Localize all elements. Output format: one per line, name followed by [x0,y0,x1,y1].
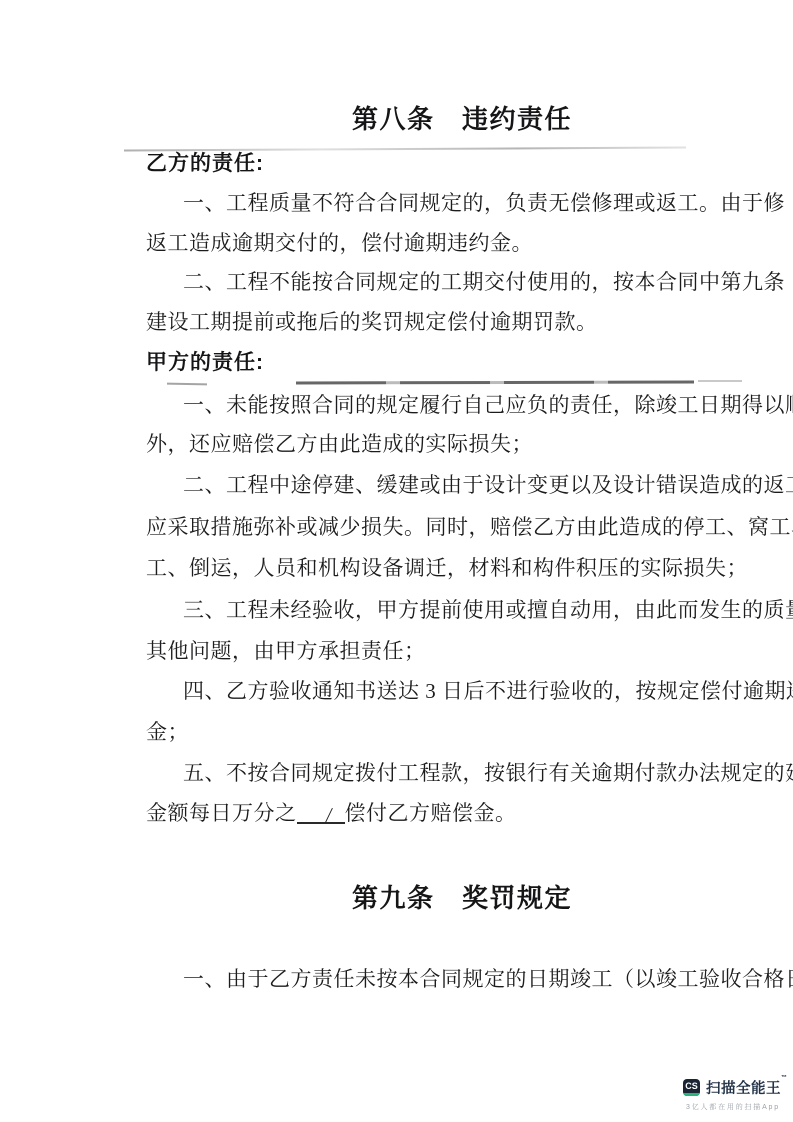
logo-cs-letters: CS [683,1080,700,1092]
contract-line: 二、工程不能按合同规定的工期交付使用的，按本合同中第九条 [183,266,785,296]
fill-in-blank-underline: / [297,801,345,824]
article-9-title: 第九条 奖罚规定 [352,878,572,915]
contract-line: 五、不按合同规定拨付工程款，按银行有关逾期付款办法规定的延 [183,757,793,787]
scan-crease-line-middle [296,380,694,384]
contract-line: 应采取措施弥补或减少损失。同时，赔偿乙方由此造成的停工、窝工、 [146,511,793,541]
scan-crease-dash [167,383,207,386]
camscanner-name-text: 扫描全能王 [706,1081,781,1097]
contract-line: 工、倒运，人员和机构设备调迁，材料和构件积压的实际损失； [146,552,748,582]
article-8-title: 第八条 违约责任 [352,99,572,136]
scan-crease-line-middle-tail [698,380,742,382]
blank-line-suffix: 偿付乙方赔偿金。 [345,801,517,825]
contract-line: 其他问题，由甲方承担责任； [146,635,426,665]
camscanner-logo-icon: CS [683,1079,700,1096]
camscanner-name: 扫描全能王™ [706,1077,788,1098]
contract-line: 外，还应赔偿乙方由此造成的实际损失； [146,428,533,458]
contract-line: 四、乙方验收通知书送达 3 日后不进行验收的，按规定偿付逾期违 [183,675,793,705]
party-b-responsibility-heading: 乙方的责任: [146,147,264,177]
contract-line: 三、工程未经验收，甲方提前使用或擅自动用，由此而发生的质量 [183,594,793,624]
contract-line: 一、工程质量不符合合同规定的，负责无偿修理或返工。由于修 [183,187,785,217]
scanned-contract-page: 第八条 违约责任 乙方的责任: 一、工程质量不符合合同规定的，负责无偿修理或返工… [0,0,793,1122]
slash-mark: / [325,803,335,828]
contract-line: 二、工程中途停建、缓建或由于设计变更以及设计错误造成的返工 [183,469,793,499]
logo-green-strip [683,1093,700,1097]
camscanner-watermark: CS 扫描全能王™ 3亿人都在用的扫描App [683,1077,788,1112]
contract-line: 金； [146,716,189,746]
contract-line: 一、未能按照合同的规定履行自己应负的责任，除竣工日期得以顺 [183,389,793,419]
contract-line: 一、由于乙方责任未按本合同规定的日期竣工（以竣工验收合格日 [183,963,793,993]
trademark-symbol: ™ [781,1075,788,1081]
camscanner-tagline: 3亿人都在用的扫描App [686,1102,788,1112]
contract-line: 建设工期提前或拖后的奖罚规定偿付逾期罚款。 [146,306,598,336]
blank-line-prefix: 金额每日万分之 [146,801,297,825]
contract-line-with-blank: 金额每日万分之/偿付乙方赔偿金。 [146,797,517,827]
contract-line: 返工造成逾期交付的，偿付逾期违约金。 [146,227,533,257]
party-a-responsibility-heading: 甲方的责任: [146,346,264,376]
